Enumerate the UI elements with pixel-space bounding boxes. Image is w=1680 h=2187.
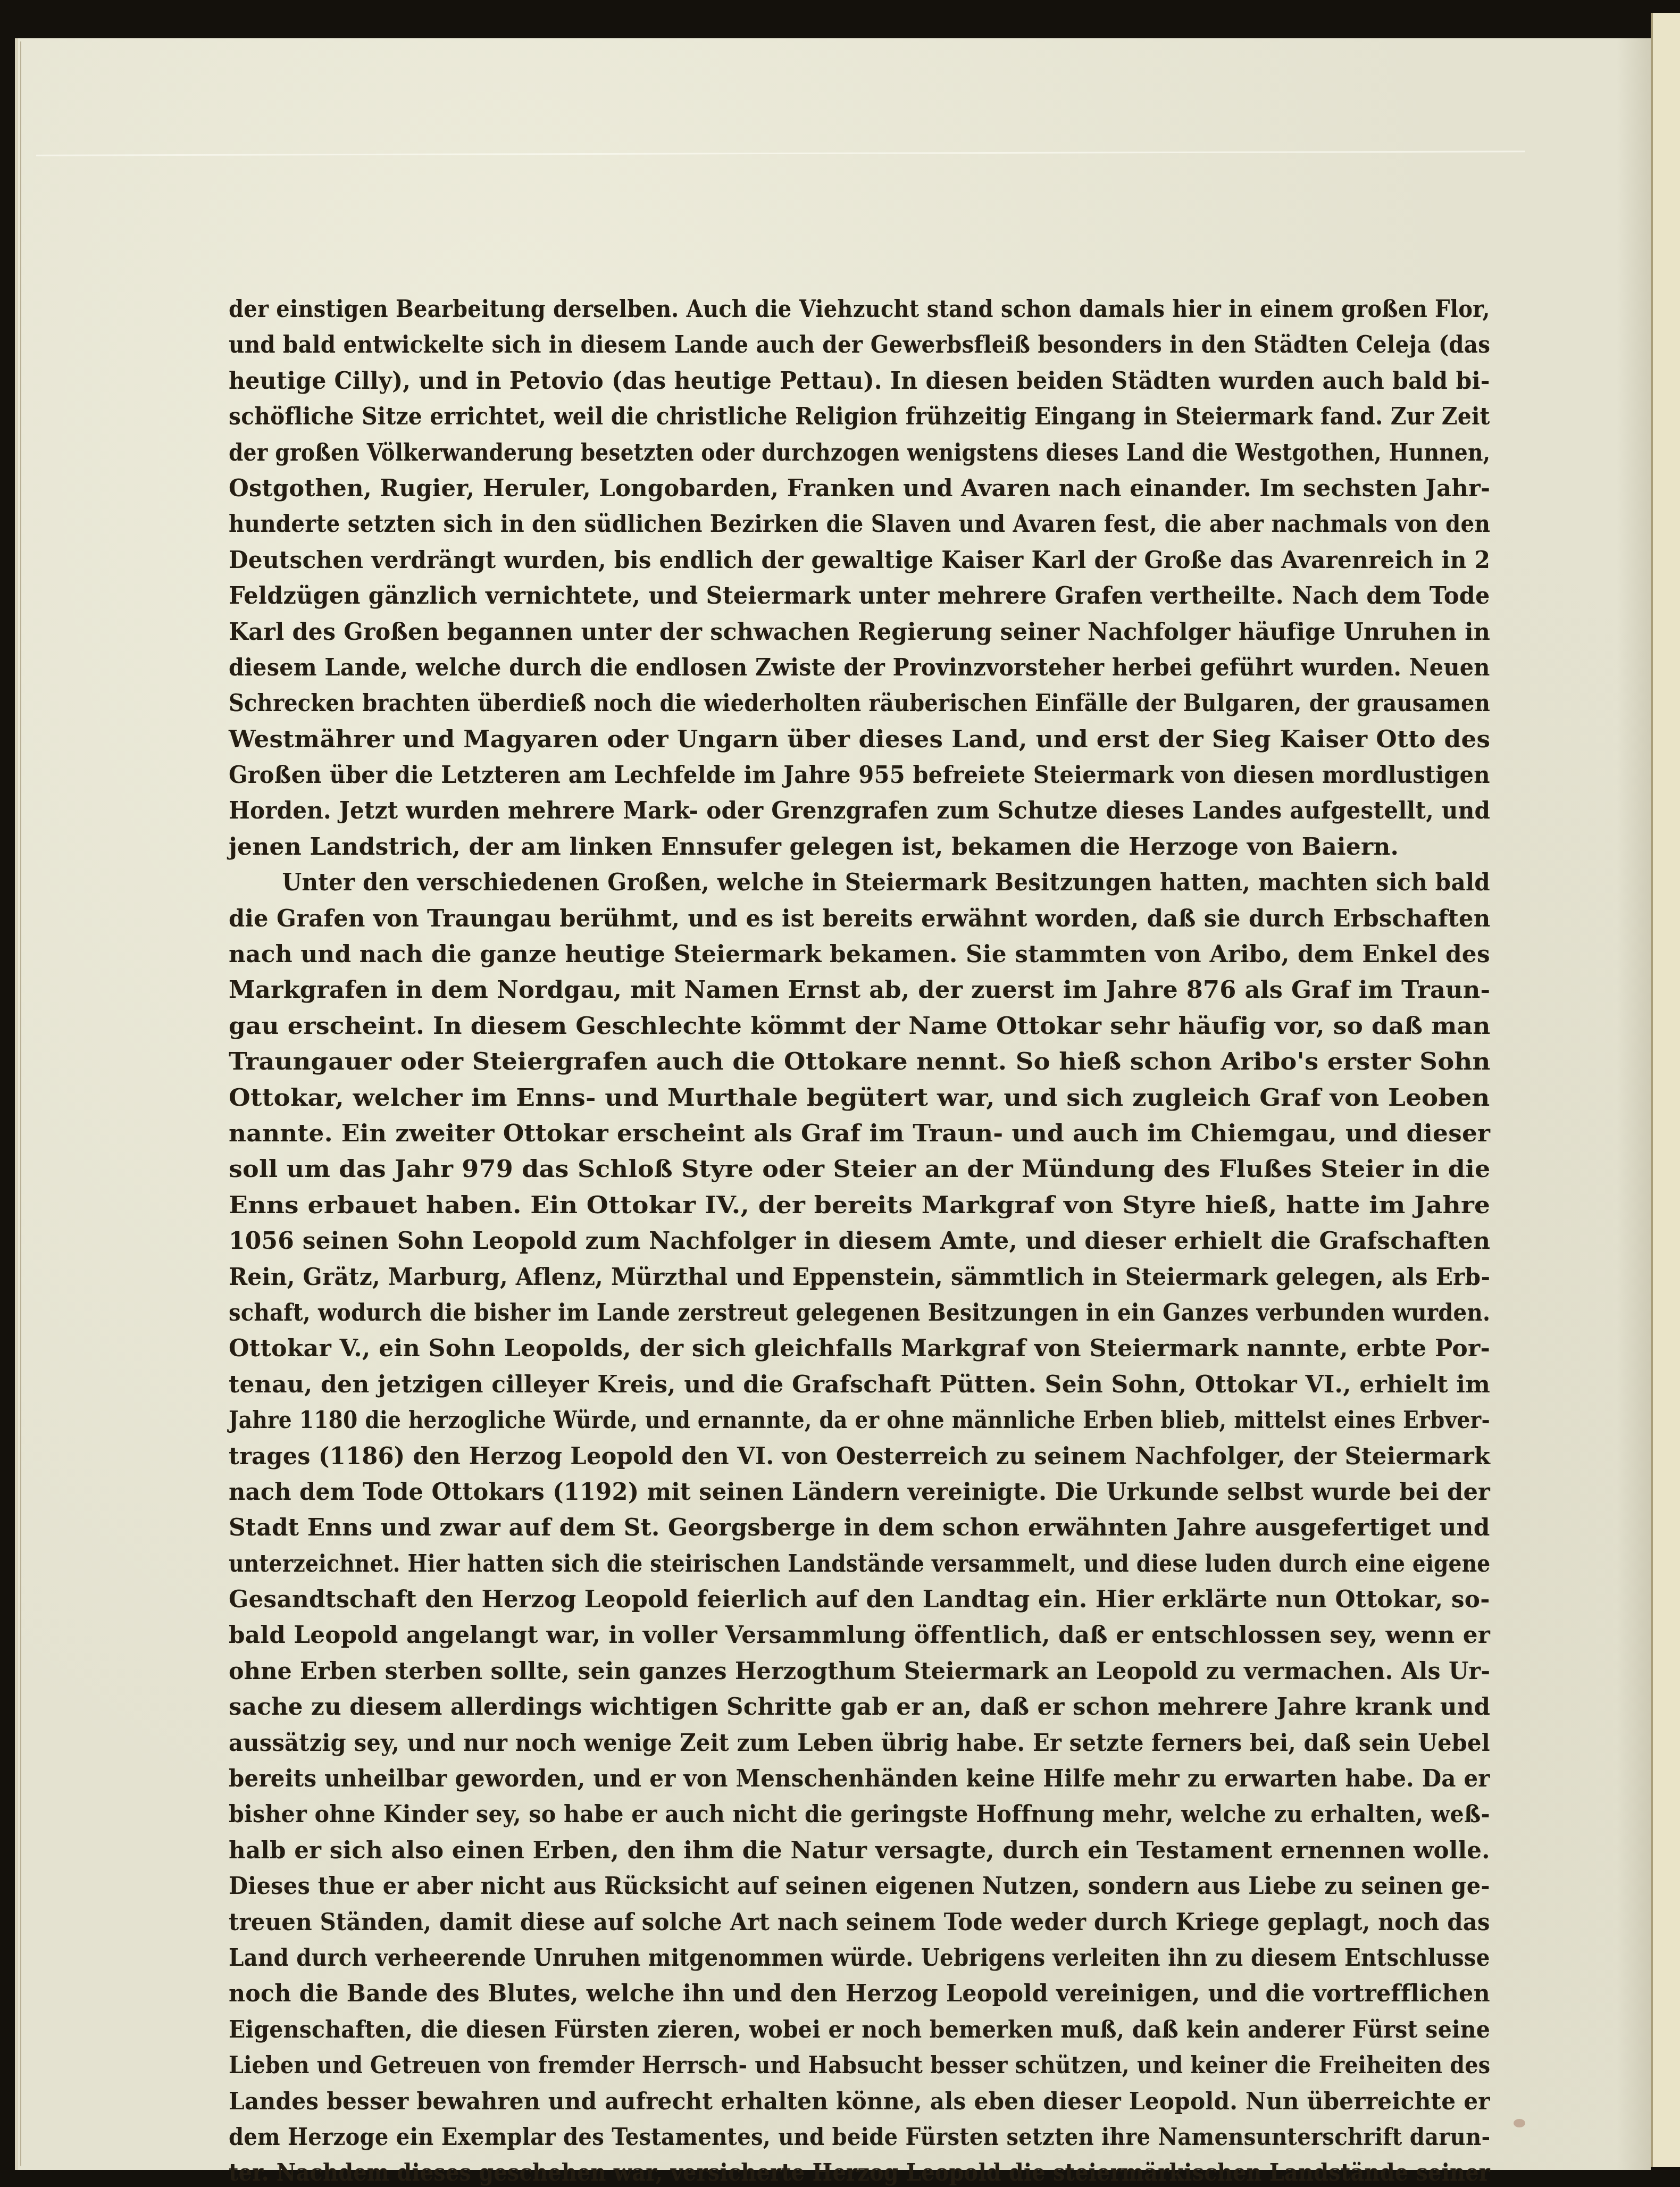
text-line: sache zu diesem allerdings wichtigen Sch…	[229, 1689, 1490, 1725]
text-line: Ottokar V., ein Sohn Leopolds, der sich …	[229, 1331, 1490, 1366]
text-line: der einstigen Bearbeitung derselben. Auc…	[229, 291, 1490, 327]
body-text: der einstigen Bearbeitung derselben. Auc…	[229, 291, 1490, 2187]
text-line: schaft, wodurch die bisher im Lande zers…	[229, 1295, 1490, 1331]
text-line: hunderte setzten sich in den südlichen B…	[229, 506, 1490, 542]
text-line: nach und nach die ganze heutige Steierma…	[229, 937, 1490, 972]
text-line: und bald entwickelte sich in diesem Land…	[229, 327, 1490, 363]
text-line: bisher ohne Kinder sey, so habe er auch …	[229, 1797, 1490, 1832]
text-line: Dieses thue er aber nicht aus Rücksicht …	[229, 1868, 1490, 1904]
text-line: aussätzig sey, und nur noch wenige Zeit …	[229, 1725, 1490, 1761]
text-line: diesem Lande, welche durch die endlosen …	[229, 650, 1490, 686]
page-edge	[20, 41, 21, 2166]
text-line: unterzeichnet. Hier hatten sich die stei…	[229, 1546, 1490, 1582]
text-line: Landes besser bewahren und aufrecht erha…	[229, 2084, 1490, 2119]
spine-shadow	[1617, 38, 1651, 2170]
text-line: nannte. Ein zweiter Ottokar erscheint al…	[229, 1116, 1490, 1151]
text-line: Stadt Enns und zwar auf dem St. Georgsbe…	[229, 1510, 1490, 1546]
text-line: ter. Nachdem dieses geschehen war, versi…	[229, 2155, 1490, 2187]
text-line: ohne Erben sterben sollte, sein ganzes H…	[229, 1654, 1490, 1689]
text-line: nach dem Tode Ottokars (1192) mit seinen…	[229, 1474, 1490, 1510]
text-line: soll um das Jahr 979 das Schloß Styre od…	[229, 1151, 1490, 1187]
text-line: tenau, den jetzigen cilleyer Kreis, und …	[229, 1367, 1490, 1403]
text-line: bereits unheilbar geworden, und er von M…	[229, 1761, 1490, 1797]
text-line: noch die Bande des Blutes, welche ihn un…	[229, 1976, 1490, 2011]
text-line: Feldzügen gänzlich vernichtete, und Stei…	[229, 578, 1490, 614]
text-line: Lieben und Getreuen von fremder Herrsch-…	[229, 2048, 1490, 2083]
text-line: Großen über die Letzteren am Lechfelde i…	[229, 757, 1490, 793]
adjacent-page-edge	[1651, 13, 1680, 2167]
text-line: jenen Landstrich, der am linken Ennsufer…	[229, 829, 1399, 865]
text-line: Eigenschaften, die diesen Fürsten zieren…	[229, 2012, 1490, 2048]
text-line: Unter den verschiedenen Großen, welche i…	[229, 865, 1544, 900]
text-line: Rein, Grätz, Marburg, Aflenz, Mürzthal u…	[229, 1259, 1490, 1295]
text-line: treuen Ständen, damit diese auf solche A…	[229, 1905, 1490, 1940]
text-line: heutige Cilly), und in Petovio (das heut…	[229, 363, 1490, 399]
text-line: Ostgothen, Rugier, Heruler, Longobarden,…	[229, 471, 1490, 506]
text-line: Traungauer oder Steiergrafen auch die Ot…	[229, 1044, 1490, 1080]
text-line: Westmährer und Magyaren oder Ungarn über…	[229, 722, 1490, 757]
text-line: schöfliche Sitze errichtet, weil die chr…	[229, 399, 1490, 435]
text-line: Gesandtschaft den Herzog Leopold feierli…	[229, 1582, 1490, 1617]
text-line: die Grafen von Traungau berühmt, und es …	[229, 901, 1490, 937]
text-line: Enns erbauet haben. Ein Ottokar IV., der…	[229, 1188, 1490, 1223]
text-line: Karl des Großen begannen unter der schwa…	[229, 614, 1490, 650]
text-line: Deutschen verdrängt wurden, bis endlich …	[229, 542, 1490, 578]
text-line: Markgrafen in dem Nordgau, mit Namen Ern…	[229, 972, 1490, 1008]
text-line: dem Herzoge ein Exemplar des Testamentes…	[229, 2119, 1490, 2155]
text-line: Ottokar, welcher im Enns- und Murthale b…	[229, 1080, 1490, 1116]
text-line: Land durch verheerende Unruhen mitgenomm…	[229, 1940, 1490, 1976]
text-line: Schrecken brachten überdieß noch die wie…	[229, 686, 1490, 721]
text-line: Jahre 1180 die herzogliche Würde, und er…	[229, 1403, 1490, 1438]
text-line: gau erscheint. In diesem Geschlechte köm…	[229, 1008, 1490, 1044]
text-line: halb er sich also einen Erben, den ihm d…	[229, 1833, 1490, 1868]
paper-crease	[36, 151, 1525, 156]
text-line: Horden. Jetzt wurden mehrere Mark- oder …	[229, 793, 1490, 829]
paper-stain	[1514, 2119, 1525, 2127]
text-line: bald Leopold angelangt war, in voller Ve…	[229, 1617, 1490, 1653]
text-line: der großen Völkerwanderung besetzten ode…	[229, 435, 1490, 471]
text-line: 1056 seinen Sohn Leopold zum Nachfolger …	[229, 1223, 1490, 1259]
text-line: trages (1186) den Herzog Leopold den VI.…	[229, 1439, 1490, 1474]
